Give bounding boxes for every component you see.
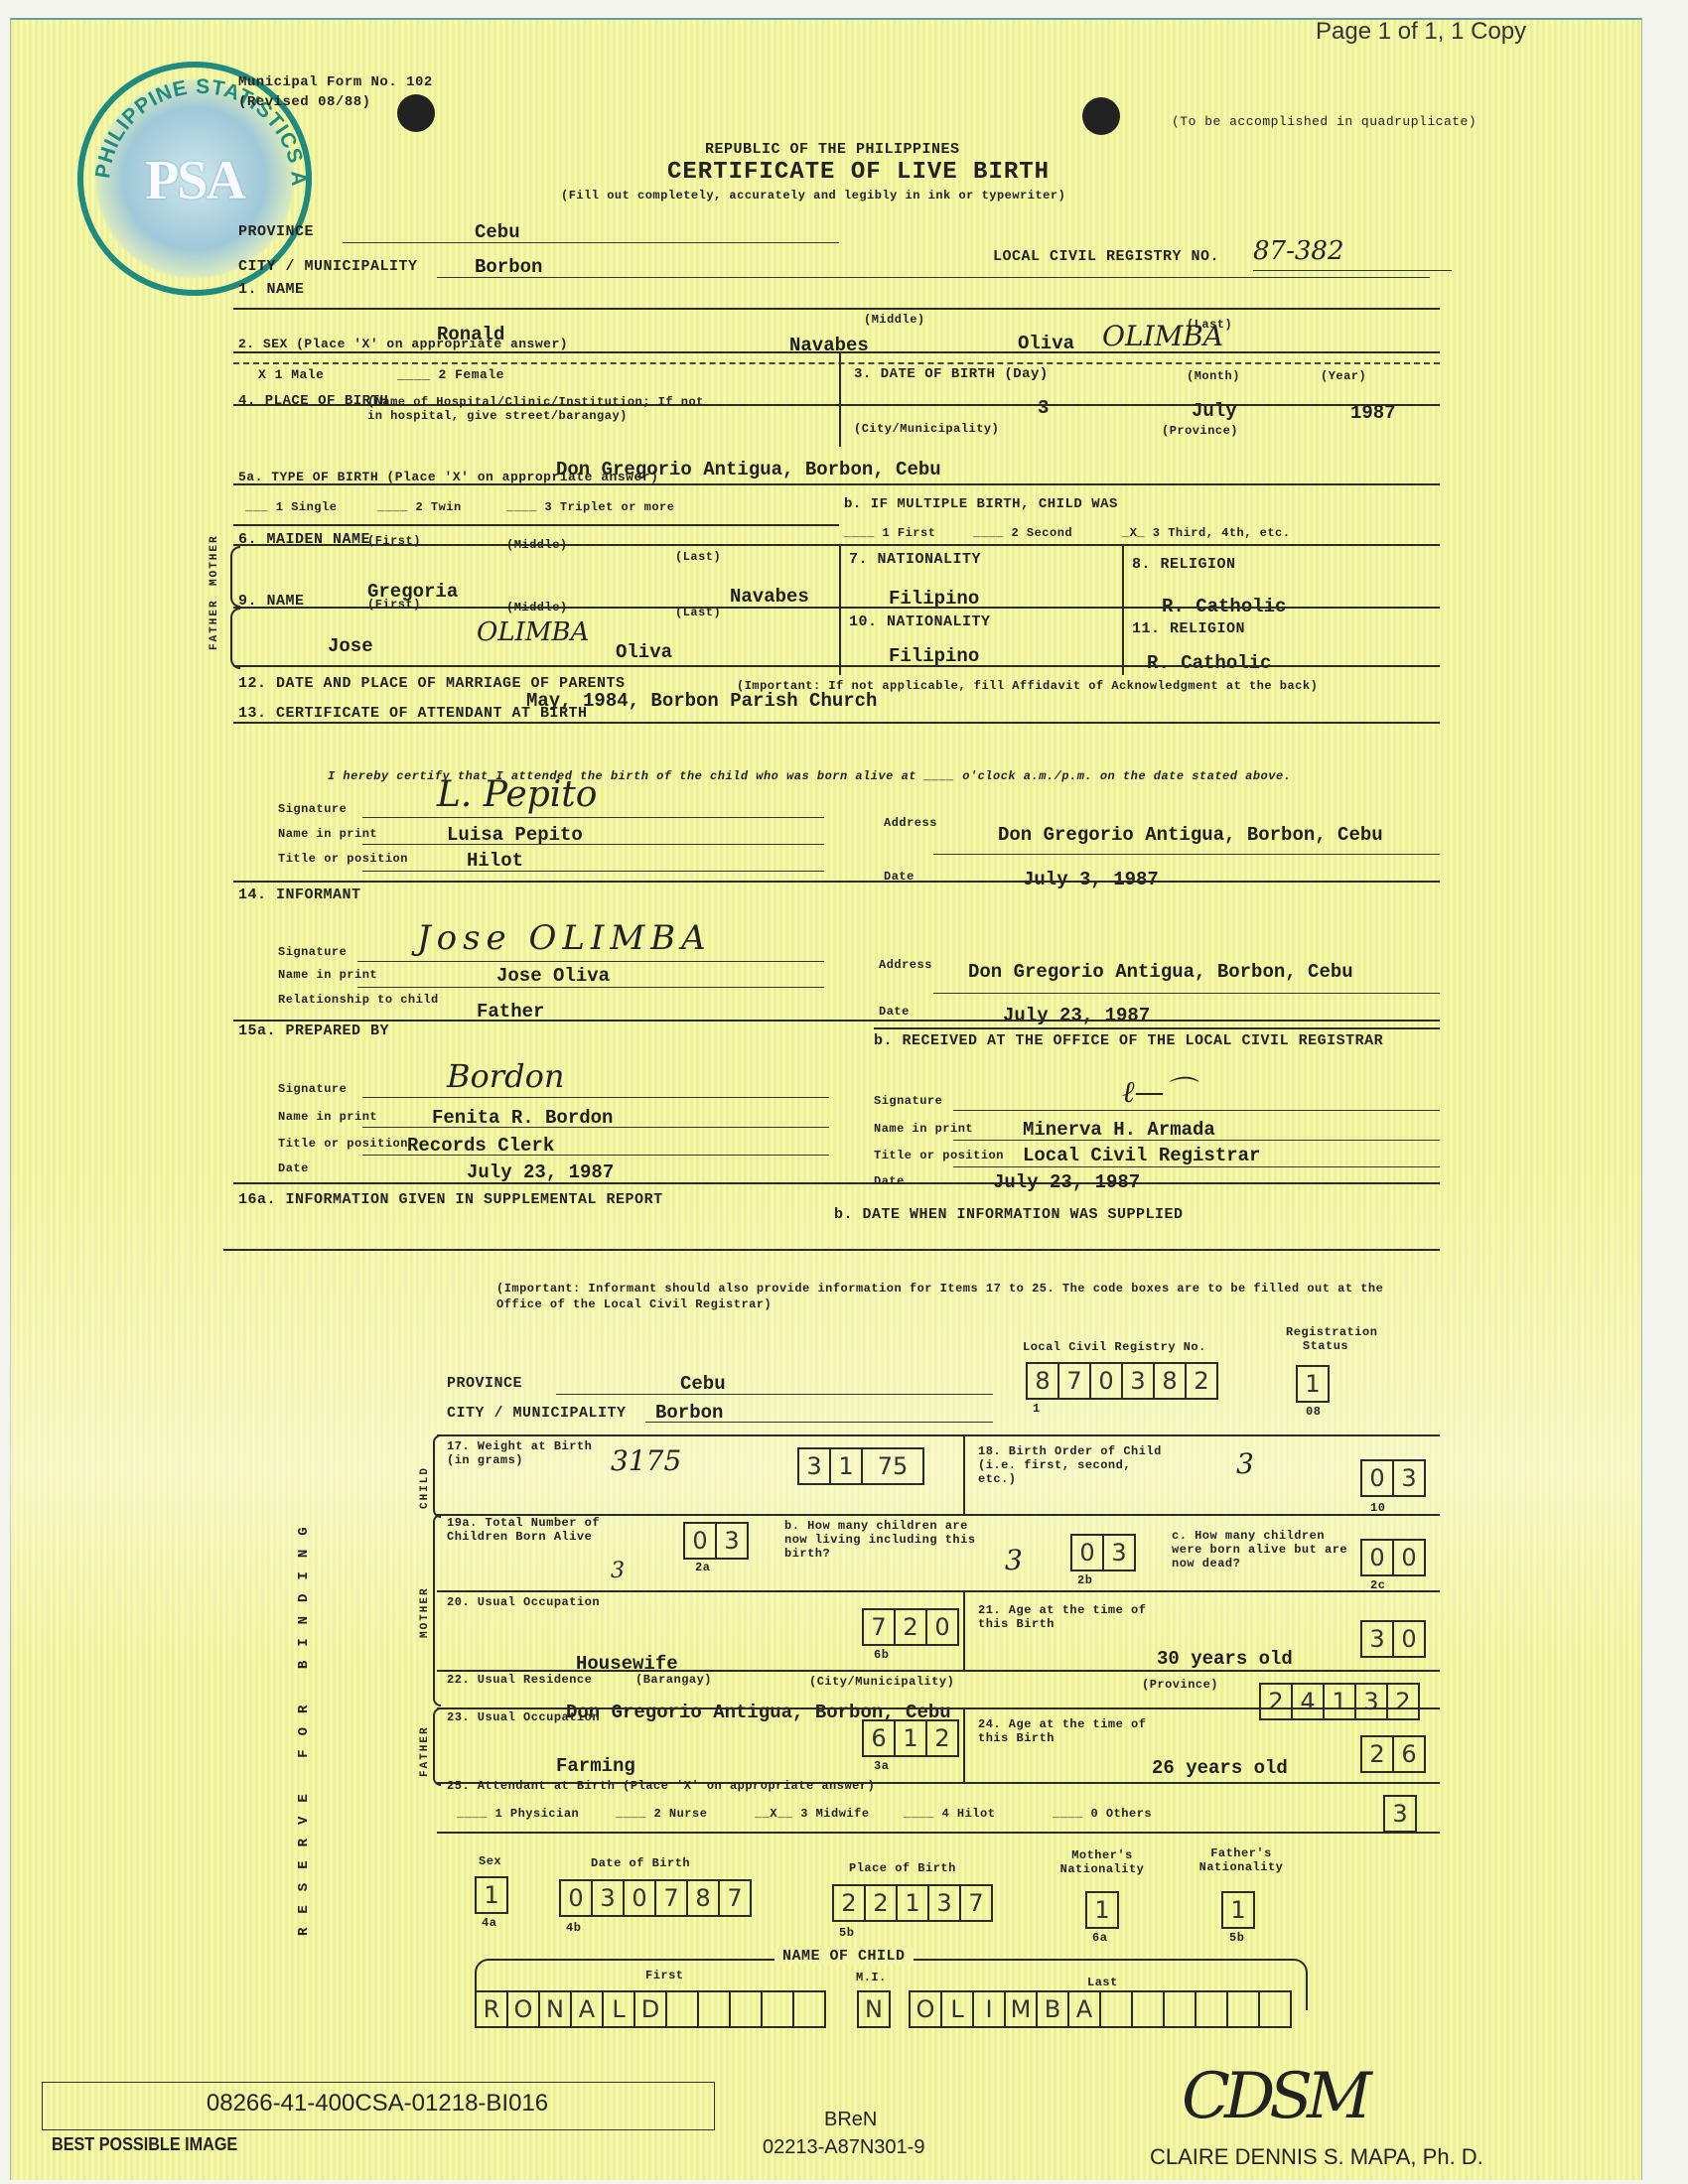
mother-middle-col: (Middle) — [506, 538, 568, 552]
received-signature-label: Signature — [874, 1094, 942, 1108]
republic-heading: REPUBLIC OF THE PHILIPPINES — [705, 141, 960, 158]
signatory-name: CLAIRE DENNIS S. MAPA, Ph. D. — [1150, 2144, 1483, 2170]
coded-mother-nat-code: 6a — [1092, 1931, 1107, 1945]
prepared-section-label: 15a. PREPARED BY — [238, 1023, 389, 1039]
noc-last-boxes: O L I M B A — [911, 1990, 1292, 2028]
birth-type-twin: ____ 2 Twin — [377, 500, 462, 514]
prepared-date: July 23, 1987 — [467, 1161, 614, 1183]
attendant-option-hilot: ____ 4 Hilot — [904, 1807, 995, 1821]
best-possible-image: BEST POSSIBLE IMAGE — [52, 2134, 237, 2155]
attendant-section-label: 13. CERTIFICATE OF ATTENDANT AT BIRTH — [238, 705, 588, 722]
weight-value: 3175 — [611, 1444, 681, 1477]
received-name: Minerva H. Armada — [1023, 1119, 1215, 1141]
father-occupation: Farming — [556, 1755, 635, 1777]
lcr-label: Local Civil Registry No. — [1023, 1340, 1206, 1354]
father-first-col: (First) — [367, 598, 421, 612]
informant-address-label: Address — [879, 958, 932, 972]
attendant-date: July 3, 1987 — [1023, 869, 1159, 890]
mother-nationality-label: 7. NATIONALITY — [849, 551, 981, 568]
mother-occupation-code: 6b — [874, 1648, 889, 1662]
informant-section-label: 14. INFORMANT — [238, 887, 361, 903]
father-religion: R. Catholic — [1147, 652, 1271, 674]
coded-father-nat-code: 5b — [1229, 1931, 1244, 1945]
dead-label: c. How many children were born alive but… — [1172, 1529, 1360, 1570]
mother-occupation-label: 20. Usual Occupation — [447, 1595, 600, 1609]
mother-name-label: 6. MAIDEN NAME — [238, 531, 370, 548]
sex-option-female: ____ 2 Female — [397, 367, 504, 382]
attendant-at-birth-label: 25. Attendant at Birth (Place 'X' on app… — [447, 1779, 875, 1793]
seal-dot-icon — [397, 94, 435, 132]
informant-signature: Jose OLIMBA — [417, 918, 712, 958]
father-religion-label: 11. RELIGION — [1132, 620, 1245, 637]
attendant-option-physician: ____ 1 Physician — [457, 1807, 579, 1821]
coded-sex-box: 1 — [477, 1876, 508, 1914]
page-indicator: Page 1 of 1, 1 Copy — [1316, 18, 1526, 46]
coded-pob-boxes: 2 2 1 3 7 — [834, 1884, 993, 1922]
weight-label: 17. Weight at Birth (in grams) — [447, 1439, 616, 1467]
noc-mi-label: M.I. — [856, 1971, 887, 1984]
attendant-signature-label: Signature — [278, 802, 347, 816]
province-label: PROVINCE — [238, 223, 314, 240]
father-age-boxes: 2 6 — [1362, 1735, 1426, 1773]
pob-city-label: (City/Municipality) — [854, 422, 999, 436]
dob-label: 3. DATE OF BIRTH (Day) — [854, 366, 1049, 382]
reserve-for-binding: RESERVE FOR BINDING — [296, 1479, 312, 1936]
prepared-name-label: Name in print — [278, 1110, 377, 1124]
mother-occupation-boxes: 7 2 0 — [864, 1608, 959, 1646]
birth-type-single: ___ 1 Single — [245, 500, 337, 514]
serial-number: 08266-41-400CSA-01218-BI016 — [42, 2090, 713, 2117]
multiple-birth-label: b. IF MULTIPLE BIRTH, CHILD WAS — [844, 496, 1118, 512]
sex-option-male: X 1 Male — [258, 367, 324, 382]
city-value: Borbon — [475, 256, 542, 278]
father-last-name: Oliva — [616, 641, 672, 663]
document-title: CERTIFICATE OF LIVE BIRTH — [667, 159, 1050, 186]
registry-label: LOCAL CIVIL REGISTRY NO. — [993, 248, 1219, 265]
residence-boxes: 2 4 1 3 2 — [1261, 1683, 1420, 1720]
birth-order-code: 10 — [1370, 1501, 1385, 1515]
prepared-signature: Bordon — [447, 1057, 564, 1095]
attendant-signature: L. Pepito — [437, 774, 597, 815]
attendant-address: Don Gregorio Antigua, Borbon, Cebu — [998, 824, 1383, 846]
living-code: 2b — [1077, 1573, 1092, 1587]
name-label: 1. NAME — [238, 281, 305, 298]
mother-religion-label: 8. RELIGION — [1132, 556, 1236, 573]
multiple-second: ____ 2 Second — [973, 526, 1072, 540]
supplemental-label: 16a. INFORMATION GIVEN IN SUPPLEMENTAL R… — [238, 1191, 663, 1208]
dob-day: 3 — [1038, 397, 1049, 419]
name-of-child-label: NAME OF CHILD — [774, 1948, 914, 1965]
father-middle-col: (Middle) — [506, 601, 568, 614]
residence-city-label: (City/Municipality) — [809, 1675, 954, 1689]
father-side-label: FATHER — [209, 591, 220, 650]
received-section-label: b. RECEIVED AT THE OFFICE OF THE LOCAL C… — [874, 1032, 1383, 1049]
signatory-signature: CDSM — [1182, 2060, 1366, 2133]
father-first-name: Jose — [328, 635, 373, 657]
dob-month-label: (Month) — [1187, 369, 1240, 383]
received-signature: ℓ—⌒ — [1122, 1067, 1195, 1111]
reg-status-box: 1 — [1298, 1365, 1330, 1403]
coded-pob-label: Place of Birth — [849, 1861, 956, 1875]
form-code: Municipal Form No. 102 — [238, 74, 433, 90]
document-subtitle: (Fill out completely, accurately and leg… — [561, 189, 1065, 203]
middle-col-label: (Middle) — [864, 313, 925, 327]
sex-label: 2. SEX (Place 'X' on appropriate answer) — [238, 337, 568, 351]
supplemental-date-label: b. DATE WHEN INFORMATION WAS SUPPLIED — [834, 1206, 1184, 1223]
noc-mi-box: N — [859, 1990, 891, 2028]
prepared-name: Fenita R. Bordon — [432, 1107, 613, 1129]
bren-label: BReN — [824, 2109, 877, 2131]
father-age-label: 24. Age at the time of this Birth — [978, 1717, 1157, 1745]
informant-date-label: Date — [879, 1005, 910, 1019]
informant-name: Jose Oliva — [496, 965, 610, 987]
living-value: 3 — [1005, 1544, 1023, 1576]
attendant-name-label: Name in print — [278, 827, 377, 841]
total-born-boxes: 0 3 — [685, 1522, 749, 1560]
dob-year-label: (Year) — [1321, 369, 1366, 383]
birth-order-label: 18. Birth Order of Child (i.e. first, se… — [978, 1444, 1177, 1486]
coded-mother-nat-box: 1 — [1087, 1891, 1119, 1929]
father-name-label: 9. NAME — [238, 593, 305, 610]
child-last-name-handwritten: OLIMBA — [1102, 320, 1223, 352]
total-born-value: 3 — [611, 1559, 625, 1583]
coded-pob-code: 5b — [839, 1926, 854, 1940]
coded-dob-boxes: 0 3 0 7 8 7 — [561, 1879, 752, 1917]
province-value: Cebu — [475, 221, 520, 243]
residence-label: 22. Usual Residence — [447, 1673, 592, 1687]
coded-dob-label: Date of Birth — [591, 1856, 690, 1870]
prepared-title: Records Clerk — [407, 1135, 554, 1157]
coded-sex-code: 4a — [482, 1916, 496, 1930]
coded-father-nat-label: Father's Nationality — [1187, 1846, 1296, 1874]
reg-status-label: Registration Status — [1286, 1325, 1365, 1353]
multiple-third: _X_ 3 Third, 4th, etc. — [1122, 526, 1290, 540]
dead-boxes: 0 0 — [1362, 1539, 1426, 1576]
noc-last-label: Last — [1087, 1976, 1118, 1989]
received-name-label: Name in print — [874, 1122, 973, 1136]
stat-city: Borbon — [655, 1402, 723, 1424]
city-label: CITY / MUNICIPALITY — [238, 258, 418, 275]
attendant-address-label: Address — [884, 816, 937, 830]
mother-age-boxes: 3 0 — [1362, 1620, 1426, 1658]
coded-sex-label: Sex — [479, 1854, 501, 1868]
prepared-signature-label: Signature — [278, 1082, 347, 1096]
received-date: July 23, 1987 — [993, 1171, 1140, 1193]
father-occupation-boxes: 6 1 2 — [864, 1719, 959, 1757]
living-label: b. How many children are now living incl… — [784, 1519, 983, 1561]
seal-monogram: PSA — [131, 149, 258, 212]
birth-type-triplet: ____ 3 Triplet or more — [506, 500, 674, 514]
prepared-date-label: Date — [278, 1161, 309, 1175]
noc-first-boxes: R O N A L D — [477, 1990, 826, 2028]
informant-date: July 23, 1987 — [1003, 1005, 1150, 1026]
father-occupation-label: 23. Usual Occupation — [447, 1710, 600, 1724]
prepared-title-label: Title or position — [278, 1137, 408, 1151]
total-born-code: 2a — [695, 1561, 710, 1574]
coded-dob-code: 4b — [566, 1921, 581, 1935]
attendant-option-midwife: __X__ 3 Midwife — [755, 1807, 870, 1821]
attendant-box: 3 — [1385, 1795, 1417, 1833]
father-nationality: Filipino — [889, 645, 979, 667]
received-title: Local Civil Registrar — [1023, 1145, 1260, 1166]
birth-order-value: 3 — [1236, 1447, 1254, 1480]
father-last-handwritten: OLIMBA — [477, 617, 589, 647]
received-date-label: Date — [874, 1174, 905, 1188]
father-side-label-2: FATHER — [419, 1707, 431, 1777]
mother-last-name: Navabes — [730, 586, 809, 608]
attendant-title-label: Title or position — [278, 852, 408, 866]
coded-father-nat-box: 1 — [1223, 1891, 1255, 1929]
multiple-first: ____ 1 First — [844, 526, 935, 540]
coded-mother-nat-label: Mother's Nationality — [1053, 1848, 1152, 1876]
weight-boxes: 3 1 75 — [799, 1447, 924, 1485]
father-age: 26 years old — [1152, 1757, 1288, 1779]
informant-signature-label: Signature — [278, 945, 347, 959]
mother-first-col: (First) — [367, 534, 421, 548]
father-nationality-label: 10. NATIONALITY — [849, 614, 991, 630]
form-revision: (Revised 08/88) — [238, 94, 371, 110]
registry-number: 87-382 — [1253, 236, 1344, 266]
father-last-col: (Last) — [675, 606, 721, 619]
father-occupation-code: 3a — [874, 1759, 889, 1773]
attendant-name: Luisa Pepito — [447, 824, 583, 846]
noc-first-label: First — [645, 1969, 684, 1982]
pob-note: (Name of Hospital/Clinic/Institution; If… — [367, 395, 725, 423]
informant-name-label: Name in print — [278, 968, 377, 982]
informant-relationship-label: Relationship to child — [278, 993, 439, 1007]
mother-last-col: (Last) — [675, 550, 721, 564]
birth-type-label: 5a. TYPE OF BIRTH (Place 'X' on appropri… — [238, 470, 658, 484]
child-side-label: CHILD — [419, 1439, 431, 1509]
stat-province-label: PROVINCE — [447, 1375, 522, 1392]
lcr-code: 1 — [1033, 1402, 1041, 1416]
received-title-label: Title or position — [874, 1149, 1004, 1162]
mother-side-label: MOTHER — [209, 526, 220, 586]
attendant-option-others: ____ 0 Others — [1053, 1807, 1152, 1821]
bren-code: 02213-A87N301-9 — [763, 2136, 924, 2159]
informant-address: Don Gregorio Antigua, Borbon, Cebu — [968, 961, 1353, 983]
important-note: (Important: Informant should also provid… — [496, 1281, 1410, 1312]
seal-dot-icon — [1082, 97, 1120, 135]
residence-barangay-label: (Barangay) — [635, 1673, 712, 1687]
stat-city-label: CITY / MUNICIPALITY — [447, 1405, 627, 1422]
lcr-boxes: 8 7 0 3 8 2 — [1028, 1362, 1218, 1400]
residence-province-label: (Province) — [1142, 1678, 1218, 1692]
mother-age: 30 years old — [1157, 1648, 1293, 1670]
pob-province-label: (Province) — [1162, 424, 1238, 438]
reg-status-code: 08 — [1306, 1405, 1321, 1419]
total-born-label: 19a. Total Number of Children Born Alive — [447, 1516, 616, 1544]
stat-province: Cebu — [680, 1373, 726, 1395]
attendant-option-nurse: ____ 2 Nurse — [616, 1807, 707, 1821]
attendant-title: Hilot — [467, 850, 523, 872]
quadruplicate-note: (To be accomplished in quadruplicate) — [1172, 114, 1477, 129]
birth-order-boxes: 0 3 — [1362, 1459, 1426, 1497]
mother-side-label-2: MOTHER — [419, 1569, 431, 1638]
living-boxes: 0 3 — [1072, 1534, 1136, 1571]
mother-age-label: 21. Age at the time of this Birth — [978, 1603, 1157, 1631]
pob-label: 4. PLACE OF BIRTH — [238, 393, 388, 409]
